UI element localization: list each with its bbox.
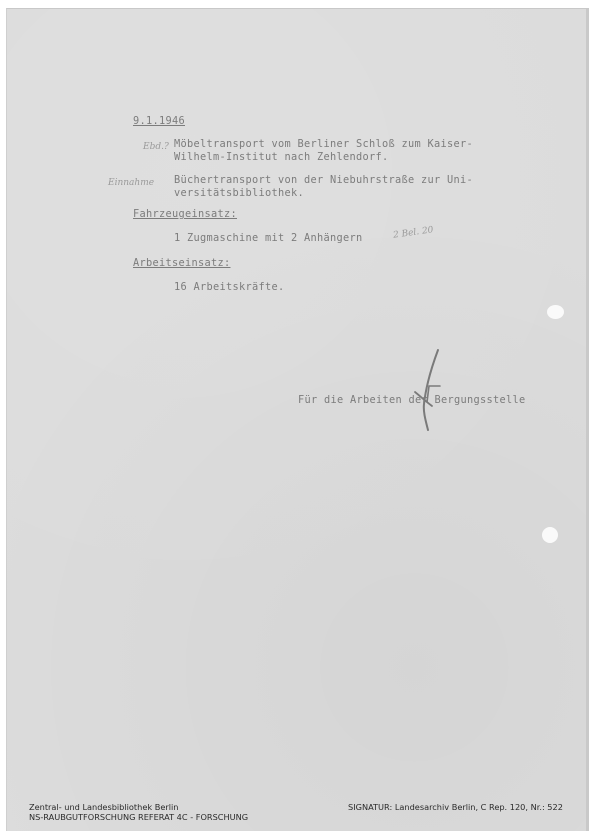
item-line: Möbeltransport vom Berliner Schloß zum K… bbox=[174, 138, 473, 150]
vehicles-heading: Fahrzeugeinsatz: bbox=[133, 208, 237, 220]
item-line: Büchertransport von der Niebuhrstraße zu… bbox=[174, 174, 473, 186]
item-line: Wilhelm-Institut nach Zehlendorf. bbox=[174, 151, 388, 163]
workers-text: 16 Arbeitskräfte. bbox=[174, 281, 285, 293]
page-edge bbox=[586, 9, 589, 831]
signature-icon bbox=[410, 346, 450, 436]
footer-signatur: SIGNATUR: Landesarchiv Berlin, C Rep. 12… bbox=[348, 803, 563, 813]
item-line: versitätsbibliothek. bbox=[174, 187, 304, 199]
document-date: 9.1.1946 bbox=[133, 115, 185, 127]
footer-institution: Zentral- und Landesbibliothek Berlin NS-… bbox=[29, 803, 248, 822]
footer-department: NS-RAUBGUTFORSCHUNG REFERAT 4C - FORSCHU… bbox=[29, 813, 248, 823]
punch-hole bbox=[547, 305, 564, 319]
vehicles-text: 1 Zugmaschine mit 2 Anhängern bbox=[174, 232, 362, 244]
workers-heading: Arbeitseinsatz: bbox=[133, 257, 231, 269]
margin-note: Ebd.? bbox=[143, 142, 169, 152]
margin-note: Einnahme bbox=[108, 178, 154, 188]
document-page bbox=[6, 8, 589, 831]
punch-hole bbox=[542, 527, 558, 543]
